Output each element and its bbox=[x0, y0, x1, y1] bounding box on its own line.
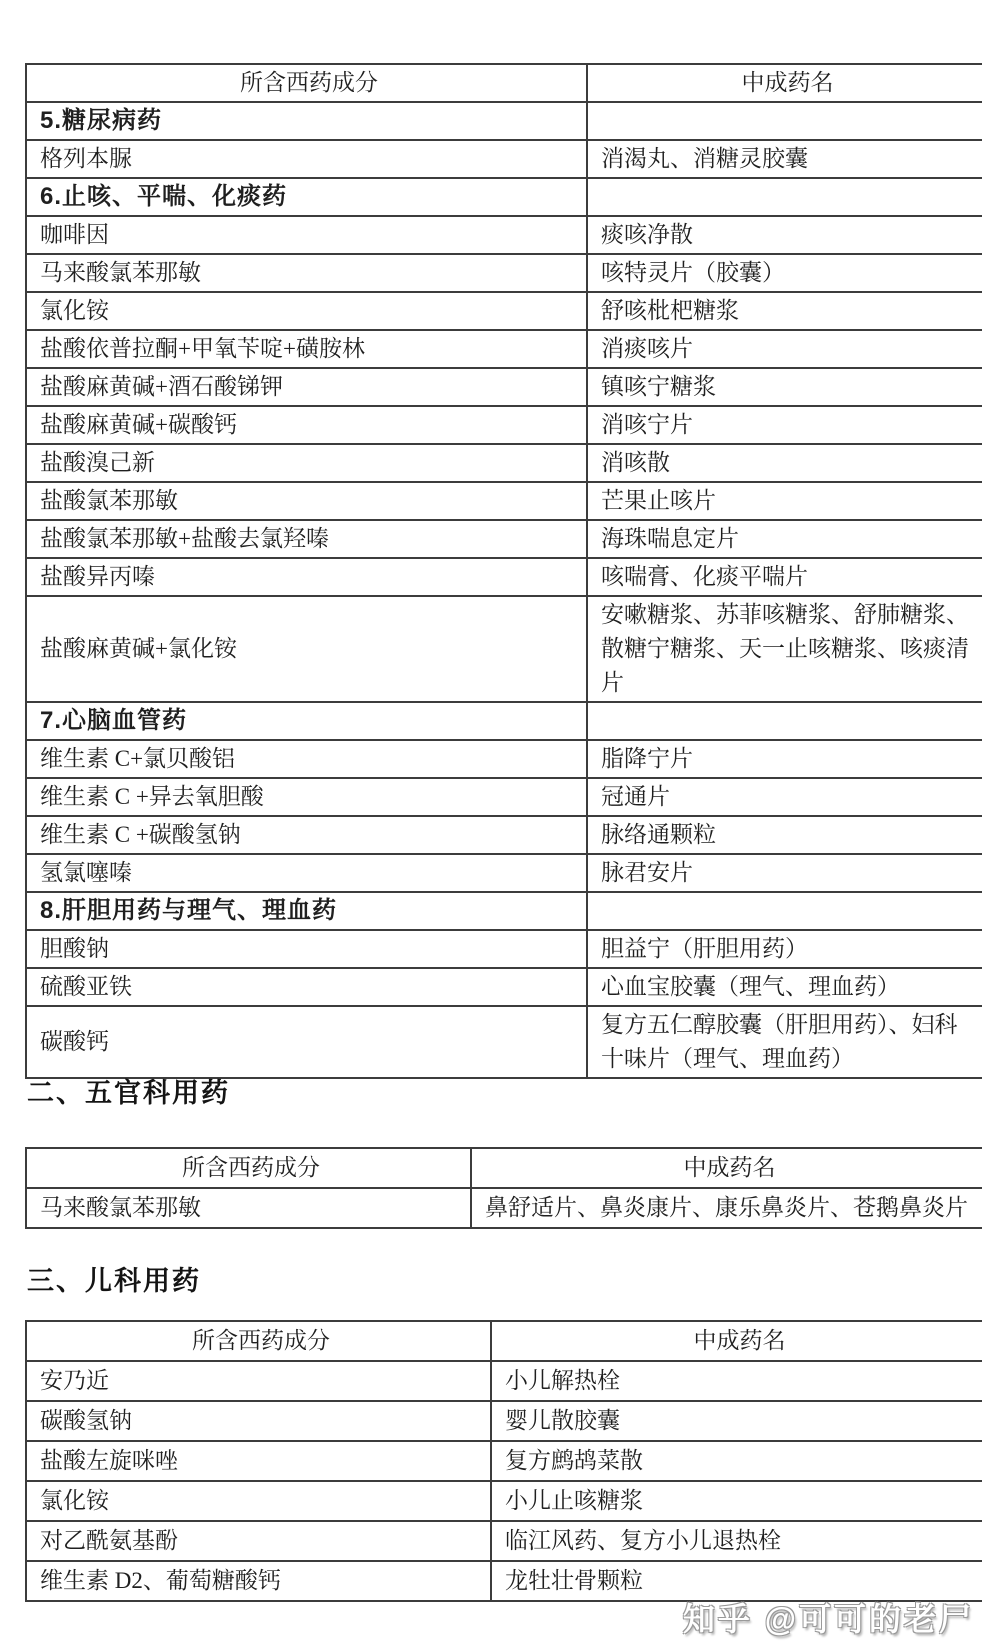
column-header-medicine: 中成药名 bbox=[491, 1321, 982, 1361]
column-header-medicine: 中成药名 bbox=[587, 64, 982, 102]
medicine-cell: 脂降宁片 bbox=[587, 740, 982, 778]
ingredient-cell: 盐酸氯苯那敏 bbox=[26, 482, 587, 520]
ingredient-cell: 6.止咳、平喘、化痰药 bbox=[26, 178, 587, 216]
medicine-cell: 海珠喘息定片 bbox=[587, 520, 982, 558]
table-row: 盐酸麻黄碱+酒石酸锑钾镇咳宁糖浆 bbox=[26, 368, 982, 406]
medicine-cell: 小儿解热栓 bbox=[491, 1361, 982, 1401]
medicine-cell: 脉络通颗粒 bbox=[587, 816, 982, 854]
medicine-cell bbox=[587, 702, 982, 740]
table-row: 维生素 C +碳酸氢钠脉络通颗粒 bbox=[26, 816, 982, 854]
section-row: 8.肝胆用药与理气、理血药 bbox=[26, 892, 982, 930]
section-row: 6.止咳、平喘、化痰药 bbox=[26, 178, 982, 216]
ingredient-cell: 咖啡因 bbox=[26, 216, 587, 254]
table-row: 盐酸氯苯那敏芒果止咳片 bbox=[26, 482, 982, 520]
ingredient-cell: 维生素 C +异去氧胆酸 bbox=[26, 778, 587, 816]
ingredient-cell: 马来酸氯苯那敏 bbox=[26, 1188, 471, 1228]
column-header-ingredient: 所含西药成分 bbox=[26, 1321, 491, 1361]
medicine-cell: 芒果止咳片 bbox=[587, 482, 982, 520]
ingredient-cell: 氢氯噻嗪 bbox=[26, 854, 587, 892]
table-internal-medicine: 所含西药成分中成药名5.糖尿病药格列本脲消渴丸、消糖灵胶囊6.止咳、平喘、化痰药… bbox=[25, 63, 982, 1079]
table-row: 氯化铵小儿止咳糖浆 bbox=[26, 1481, 982, 1521]
ent-table: 所含西药成分中成药名马来酸氯苯那敏鼻舒适片、鼻炎康片、康乐鼻炎片、苍鹅鼻炎片 bbox=[25, 1147, 982, 1229]
section-heading-ent: 二、五官科用药 bbox=[27, 1071, 230, 1110]
table-row: 胆酸钠胆益宁（肝胆用药） bbox=[26, 930, 982, 968]
table-pediatric: 所含西药成分中成药名安乃近小儿解热栓碳酸氢钠婴儿散胶囊盐酸左旋咪唑复方鹧鸪菜散氯… bbox=[25, 1320, 982, 1602]
medicine-cell: 心血宝胶囊（理气、理血药） bbox=[587, 968, 982, 1006]
ingredient-cell: 胆酸钠 bbox=[26, 930, 587, 968]
ingredient-cell: 氯化铵 bbox=[26, 1481, 491, 1521]
ingredient-cell: 碳酸钙 bbox=[26, 1006, 587, 1078]
medicine-cell bbox=[587, 892, 982, 930]
ingredient-cell: 硫酸亚铁 bbox=[26, 968, 587, 1006]
ingredient-cell: 维生素 D2、葡萄糖酸钙 bbox=[26, 1561, 491, 1601]
medicine-cell: 脉君安片 bbox=[587, 854, 982, 892]
table-ent: 所含西药成分中成药名马来酸氯苯那敏鼻舒适片、鼻炎康片、康乐鼻炎片、苍鹅鼻炎片 bbox=[25, 1147, 982, 1229]
table-row: 盐酸溴己新消咳散 bbox=[26, 444, 982, 482]
header-row: 所含西药成分中成药名 bbox=[26, 1148, 982, 1188]
table-row: 氯化铵舒咳枇杷糖浆 bbox=[26, 292, 982, 330]
ingredient-cell: 安乃近 bbox=[26, 1361, 491, 1401]
medicine-cell: 小儿止咳糖浆 bbox=[491, 1481, 982, 1521]
medicine-cell: 消咳宁片 bbox=[587, 406, 982, 444]
ingredient-cell: 维生素 C+氯贝酸铝 bbox=[26, 740, 587, 778]
table-row: 盐酸氯苯那敏+盐酸去氯羟嗪海珠喘息定片 bbox=[26, 520, 982, 558]
table-row: 马来酸氯苯那敏鼻舒适片、鼻炎康片、康乐鼻炎片、苍鹅鼻炎片 bbox=[26, 1188, 982, 1228]
table-row: 咖啡因痰咳净散 bbox=[26, 216, 982, 254]
table-row: 盐酸异丙嗪咳喘膏、化痰平喘片 bbox=[26, 558, 982, 596]
ingredient-cell: 马来酸氯苯那敏 bbox=[26, 254, 587, 292]
header-row: 所含西药成分中成药名 bbox=[26, 64, 982, 102]
column-header-medicine: 中成药名 bbox=[471, 1148, 982, 1188]
table-row: 马来酸氯苯那敏咳特灵片（胶囊） bbox=[26, 254, 982, 292]
ingredient-cell: 7.心脑血管药 bbox=[26, 702, 587, 740]
zhihu-watermark: 知乎 @可可的老尸 bbox=[683, 1594, 974, 1640]
medicine-cell: 消渴丸、消糖灵胶囊 bbox=[587, 140, 982, 178]
medicine-cell: 胆益宁（肝胆用药） bbox=[587, 930, 982, 968]
table-row: 碳酸氢钠婴儿散胶囊 bbox=[26, 1401, 982, 1441]
section-row: 7.心脑血管药 bbox=[26, 702, 982, 740]
medicine-cell bbox=[587, 102, 982, 140]
ingredient-cell: 盐酸麻黄碱+氯化铵 bbox=[26, 596, 587, 702]
column-header-ingredient: 所含西药成分 bbox=[26, 64, 587, 102]
ingredient-cell: 碳酸氢钠 bbox=[26, 1401, 491, 1441]
ingredient-cell: 维生素 C +碳酸氢钠 bbox=[26, 816, 587, 854]
column-header-ingredient: 所含西药成分 bbox=[26, 1148, 471, 1188]
medicine-cell: 安嗽糖浆、苏菲咳糖浆、舒肺糖浆、散糖宁糖浆、天一止咳糖浆、咳痰清片 bbox=[587, 596, 982, 702]
medicine-cell: 鼻舒适片、鼻炎康片、康乐鼻炎片、苍鹅鼻炎片 bbox=[471, 1188, 982, 1228]
internal-medicine-table: 所含西药成分中成药名5.糖尿病药格列本脲消渴丸、消糖灵胶囊6.止咳、平喘、化痰药… bbox=[25, 63, 982, 1079]
table-row: 盐酸依普拉酮+甲氧苄啶+磺胺林消痰咳片 bbox=[26, 330, 982, 368]
table-row: 氢氯噻嗪脉君安片 bbox=[26, 854, 982, 892]
section-heading-pediatric: 三、儿科用药 bbox=[27, 1259, 201, 1298]
medicine-cell: 咳特灵片（胶囊） bbox=[587, 254, 982, 292]
table-row: 维生素 C+氯贝酸铝脂降宁片 bbox=[26, 740, 982, 778]
ingredient-cell: 盐酸溴己新 bbox=[26, 444, 587, 482]
medicine-cell: 消痰咳片 bbox=[587, 330, 982, 368]
ingredient-cell: 盐酸异丙嗪 bbox=[26, 558, 587, 596]
ingredient-cell: 盐酸麻黄碱+酒石酸锑钾 bbox=[26, 368, 587, 406]
medicine-cell: 咳喘膏、化痰平喘片 bbox=[587, 558, 982, 596]
table-row: 对乙酰氨基酚临江风药、复方小儿退热栓 bbox=[26, 1521, 982, 1561]
pediatric-table: 所含西药成分中成药名安乃近小儿解热栓碳酸氢钠婴儿散胶囊盐酸左旋咪唑复方鹧鸪菜散氯… bbox=[25, 1320, 982, 1602]
ingredient-cell: 盐酸依普拉酮+甲氧苄啶+磺胺林 bbox=[26, 330, 587, 368]
ingredient-cell: 盐酸氯苯那敏+盐酸去氯羟嗪 bbox=[26, 520, 587, 558]
ingredient-cell: 盐酸麻黄碱+碳酸钙 bbox=[26, 406, 587, 444]
medicine-cell: 复方五仁醇胶囊（肝胆用药）、妇科十味片（理气、理血药） bbox=[587, 1006, 982, 1078]
section-row: 5.糖尿病药 bbox=[26, 102, 982, 140]
medicine-cell: 镇咳宁糖浆 bbox=[587, 368, 982, 406]
ingredient-cell: 5.糖尿病药 bbox=[26, 102, 587, 140]
medicine-cell: 痰咳净散 bbox=[587, 216, 982, 254]
medicine-cell: 复方鹧鸪菜散 bbox=[491, 1441, 982, 1481]
table-row: 安乃近小儿解热栓 bbox=[26, 1361, 982, 1401]
table-row: 盐酸麻黄碱+氯化铵安嗽糖浆、苏菲咳糖浆、舒肺糖浆、散糖宁糖浆、天一止咳糖浆、咳痰… bbox=[26, 596, 982, 702]
medicine-cell: 冠通片 bbox=[587, 778, 982, 816]
table-row: 硫酸亚铁心血宝胶囊（理气、理血药） bbox=[26, 968, 982, 1006]
table-row: 格列本脲消渴丸、消糖灵胶囊 bbox=[26, 140, 982, 178]
medicine-cell: 临江风药、复方小儿退热栓 bbox=[491, 1521, 982, 1561]
medicine-cell bbox=[587, 178, 982, 216]
medicine-cell: 消咳散 bbox=[587, 444, 982, 482]
table-row: 维生素 C +异去氧胆酸冠通片 bbox=[26, 778, 982, 816]
ingredient-cell: 格列本脲 bbox=[26, 140, 587, 178]
ingredient-cell: 8.肝胆用药与理气、理血药 bbox=[26, 892, 587, 930]
table-row: 盐酸左旋咪唑复方鹧鸪菜散 bbox=[26, 1441, 982, 1481]
medicine-cell: 舒咳枇杷糖浆 bbox=[587, 292, 982, 330]
ingredient-cell: 对乙酰氨基酚 bbox=[26, 1521, 491, 1561]
header-row: 所含西药成分中成药名 bbox=[26, 1321, 982, 1361]
ingredient-cell: 盐酸左旋咪唑 bbox=[26, 1441, 491, 1481]
table-row: 盐酸麻黄碱+碳酸钙消咳宁片 bbox=[26, 406, 982, 444]
table-row: 碳酸钙复方五仁醇胶囊（肝胆用药）、妇科十味片（理气、理血药） bbox=[26, 1006, 982, 1078]
medicine-cell: 婴儿散胶囊 bbox=[491, 1401, 982, 1441]
ingredient-cell: 氯化铵 bbox=[26, 292, 587, 330]
